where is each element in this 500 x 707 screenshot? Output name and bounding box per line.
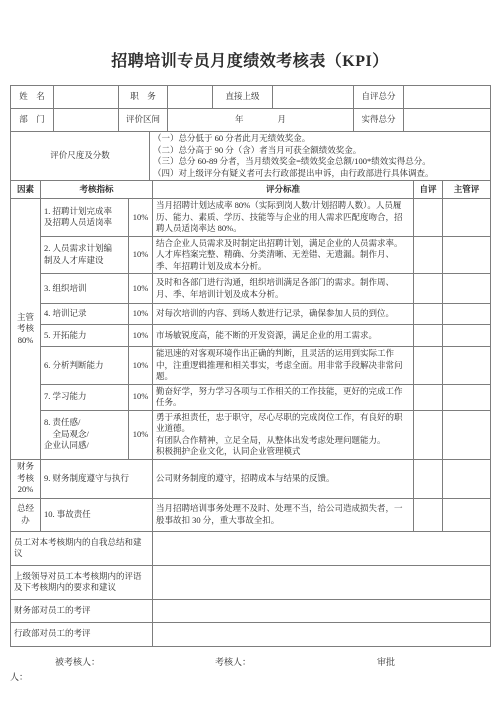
header-indicator: 考核指标 [41,181,153,199]
assessee-label: 被考核人： [55,655,100,668]
weight-cell: 10% [129,347,153,385]
scale-note: （三）总分 60-89 分者，当月绩效奖金=绩效奖金总额/100*绩效实得总分。 [153,156,487,168]
assessor-label: 考核人： [215,655,251,668]
criteria-cell: 当月招聘培训事务处理不及时、处理不当，给公司造成损失者，一般事故扣 30 分，重… [153,498,414,531]
self-score-cell [414,236,443,274]
scale-table: 评价尺度及分数 （一）总分低于 60 分者此月无绩效奖金。 （二）总分高于 90… [10,131,491,181]
criteria-cell: 当月招聘计划达成率 80%（实际到岗人数/计划招聘人数）。人员履历、能力、素质、… [153,199,414,237]
scale-label: 评价尺度及分数 [11,132,150,181]
table-row: 财务 考核 20% 9. 财务制度遵守与执行 公司财务制度的遵守，招聘成本与结果… [11,459,491,498]
self-score-cell [414,498,443,531]
comment-value-cell [153,622,491,646]
comment-value-cell [153,565,491,599]
supervisor-score-cell [443,304,491,325]
supervisor-score-cell [443,498,491,531]
info-row-1: 姓 名 职 务 直接上级 自评总分 [11,86,491,109]
actual-total-label: 实得总分 [354,109,404,132]
name-value-cell [54,86,119,109]
supervisor-score-cell [443,347,491,385]
criteria-cell: 能迅速的对客观环境作出正确的判断，且灵活的运用到实际工作中，注重逻辑推理和相关事… [153,347,414,385]
table-row: 总经 办 10. 事故责任 当月招聘培训事务处理不及时、处理不当，给公司造成损失… [11,498,491,531]
header-factor: 因素 [11,181,41,199]
indicator-cell: 6. 分析判断能力 [41,347,129,385]
supervisor-label: 直接上级 [213,86,273,109]
self-score-cell [414,384,443,410]
table-row: 2. 人员需求计划编 制及人才库建设 10% 结合企业人员需求及时制定出招聘计划… [11,236,491,274]
self-score-cell [414,325,443,347]
scale-note: （四）对上级评分有疑义者可去行政部提出申诉，由行政部进行具体调查。 [153,168,487,180]
self-score-cell [414,199,443,237]
comment-label: 财务部对员工的考评 [11,599,153,622]
criteria-cell: 及时和各部门进行沟通，组织培训满足各部门的需求。制作周、月、季、年培训计划及成本… [153,274,414,304]
scale-row: 评价尺度及分数 （一）总分低于 60 分者此月无绩效奖金。 （二）总分高于 90… [11,132,491,181]
header-supervisor: 主管评 [443,181,491,199]
criteria-cell: 勤奋好学，努力学习各项与工作相关的工作技能，更好的完成工作任务。 [153,384,414,410]
indicator-cell: 1. 招聘计划完成率 及招聘人员适岗率 [41,199,129,237]
self-score-cell [414,274,443,304]
approver-label: 审批 [377,655,395,668]
info-table: 姓 名 职 务 直接上级 自评总分 部 门 评价区间 年 月 实得总分 [10,85,491,132]
job-value-cell [168,86,213,109]
supervisor-score-cell [443,325,491,347]
weight-cell: 10% [129,274,153,304]
dept-label: 部 门 [11,109,54,132]
criteria-cell: 勇于承担责任，忠于职守，尽心尽职的完成岗位工作，有良好的职业道德。 有团队合作精… [153,410,414,459]
indicator-cell: 7. 学习能力 [41,384,129,410]
comment-label: 员工对本考核期内的自我总结和建议 [11,531,153,565]
supervisor-score-cell [443,274,491,304]
self-score-cell [414,304,443,325]
table-row: 8. 责任感/ 全局观念/ 企业认同感/ 10% 勇于承担责任，忠于职守，尽心尽… [11,410,491,459]
weight-cell: 10% [129,410,153,459]
job-label: 职 务 [119,86,168,109]
document-page: 招聘培训专员月度绩效考核表（KPI） 姓 名 职 务 直接上级 自评总分 部 门… [0,0,500,707]
info-row-2: 部 门 评价区间 年 月 实得总分 [11,109,491,132]
approver-label-continued: 人： [10,670,28,683]
criteria-cell: 结合企业人员需求及时制定出招聘计划，满足企业的人员需求率。人才库档案完整、精确、… [153,236,414,274]
supervisor-score-cell [443,459,491,498]
indicator-cell: 4. 培训记录 [41,304,129,325]
scale-note: （一）总分低于 60 分者此月无绩效奖金。 [153,133,487,145]
table-row: 6. 分析判断能力 10% 能迅速的对客观环境作出正确的判断，且灵活的运用到实际… [11,347,491,385]
table-row: 主管 考核 80% 1. 招聘计划完成率 及招聘人员适岗率 10% 当月招聘计划… [11,199,491,237]
self-score-cell [414,347,443,385]
weight-cell: 10% [129,304,153,325]
self-total-label: 自评总分 [354,86,404,109]
self-score-cell [414,459,443,498]
self-score-cell [414,410,443,459]
comment-value-cell [153,599,491,622]
indicator-cell: 10. 事故责任 [41,498,153,531]
comments-table: 员工对本考核期内的自我总结和建议 上级领导对员工本考核期内的评语及下考核期内的要… [10,531,491,647]
supervisor-score-cell [443,199,491,237]
indicator-cell: 9. 财务制度遵守与执行 [41,459,153,498]
table-row: 行政部对员工的考评 [11,622,491,646]
criteria-cell: 市场敏锐度高，能不断的开发资源，满足企业的用工需求。 [153,325,414,347]
supervisor-score-cell [443,410,491,459]
supervisor-score-cell [443,236,491,274]
supervisor-value-cell [273,86,354,109]
table-row: 3. 组织培训 10% 及时和各部门进行沟通，组织培训满足各部门的需求。制作周、… [11,274,491,304]
supervisor-score-cell [443,384,491,410]
criteria-cell: 对每次培训的内容、到场人数进行记录，确保参加人员的到位。 [153,304,414,325]
factor-supervisor: 主管 考核 80% [11,199,41,460]
weight-cell: 10% [129,199,153,237]
grid-header-row: 因素 考核指标 评分标准 自评 主管评 [11,181,491,199]
table-row: 员工对本考核期内的自我总结和建议 [11,531,491,565]
self-total-value-cell [404,86,491,109]
dept-value-cell [54,109,119,132]
comment-value-cell [153,531,491,565]
criteria-cell: 公司财务制度的遵守，招聘成本与结果的反馈。 [153,459,414,498]
indicator-cell: 5. 开拓能力 [41,325,129,347]
period-value-cell: 年 月 [168,109,354,132]
weight-cell: 10% [129,325,153,347]
header-criteria: 评分标准 [153,181,414,199]
table-row: 7. 学习能力 10% 勤奋好学，努力学习各项与工作相关的工作技能，更好的完成工… [11,384,491,410]
comment-label: 上级领导对员工本考核期内的评语及下考核期内的要求和建议 [11,565,153,599]
weight-cell: 10% [129,384,153,410]
factor-gm-office: 总经 办 [11,498,41,531]
comment-label: 行政部对员工的考评 [11,622,153,646]
table-row: 财务部对员工的考评 [11,599,491,622]
page-title: 招聘培训专员月度绩效考核表（KPI） [0,0,500,86]
period-label: 评价区间 [119,109,168,132]
actual-total-value-cell [404,109,491,132]
scale-notes: （一）总分低于 60 分者此月无绩效奖金。 （二）总分高于 90 分（含）者当月… [150,132,491,181]
indicator-cell: 2. 人员需求计划编 制及人才库建设 [41,236,129,274]
table-row: 5. 开拓能力 10% 市场敏锐度高，能不断的开发资源，满足企业的用工需求。 [11,325,491,347]
factor-finance: 财务 考核 20% [11,459,41,498]
name-label: 姓 名 [11,86,54,109]
signature-line: 被考核人： 考核人： 审批 人： [10,655,490,685]
header-self: 自评 [414,181,443,199]
weight-cell: 10% [129,236,153,274]
scale-note: （二）总分高于 90 分（含）者当月可获全额绩效奖金。 [153,145,487,157]
indicator-cell: 8. 责任感/ 全局观念/ 企业认同感/ [41,410,129,459]
table-row: 上级领导对员工本考核期内的评语及下考核期内的要求和建议 [11,565,491,599]
indicator-cell: 3. 组织培训 [41,274,129,304]
table-row: 4. 培训记录 10% 对每次培训的内容、到场人数进行记录，确保参加人员的到位。 [11,304,491,325]
evaluation-table: 因素 考核指标 评分标准 自评 主管评 主管 考核 80% 1. 招聘计划完成率… [10,180,491,532]
